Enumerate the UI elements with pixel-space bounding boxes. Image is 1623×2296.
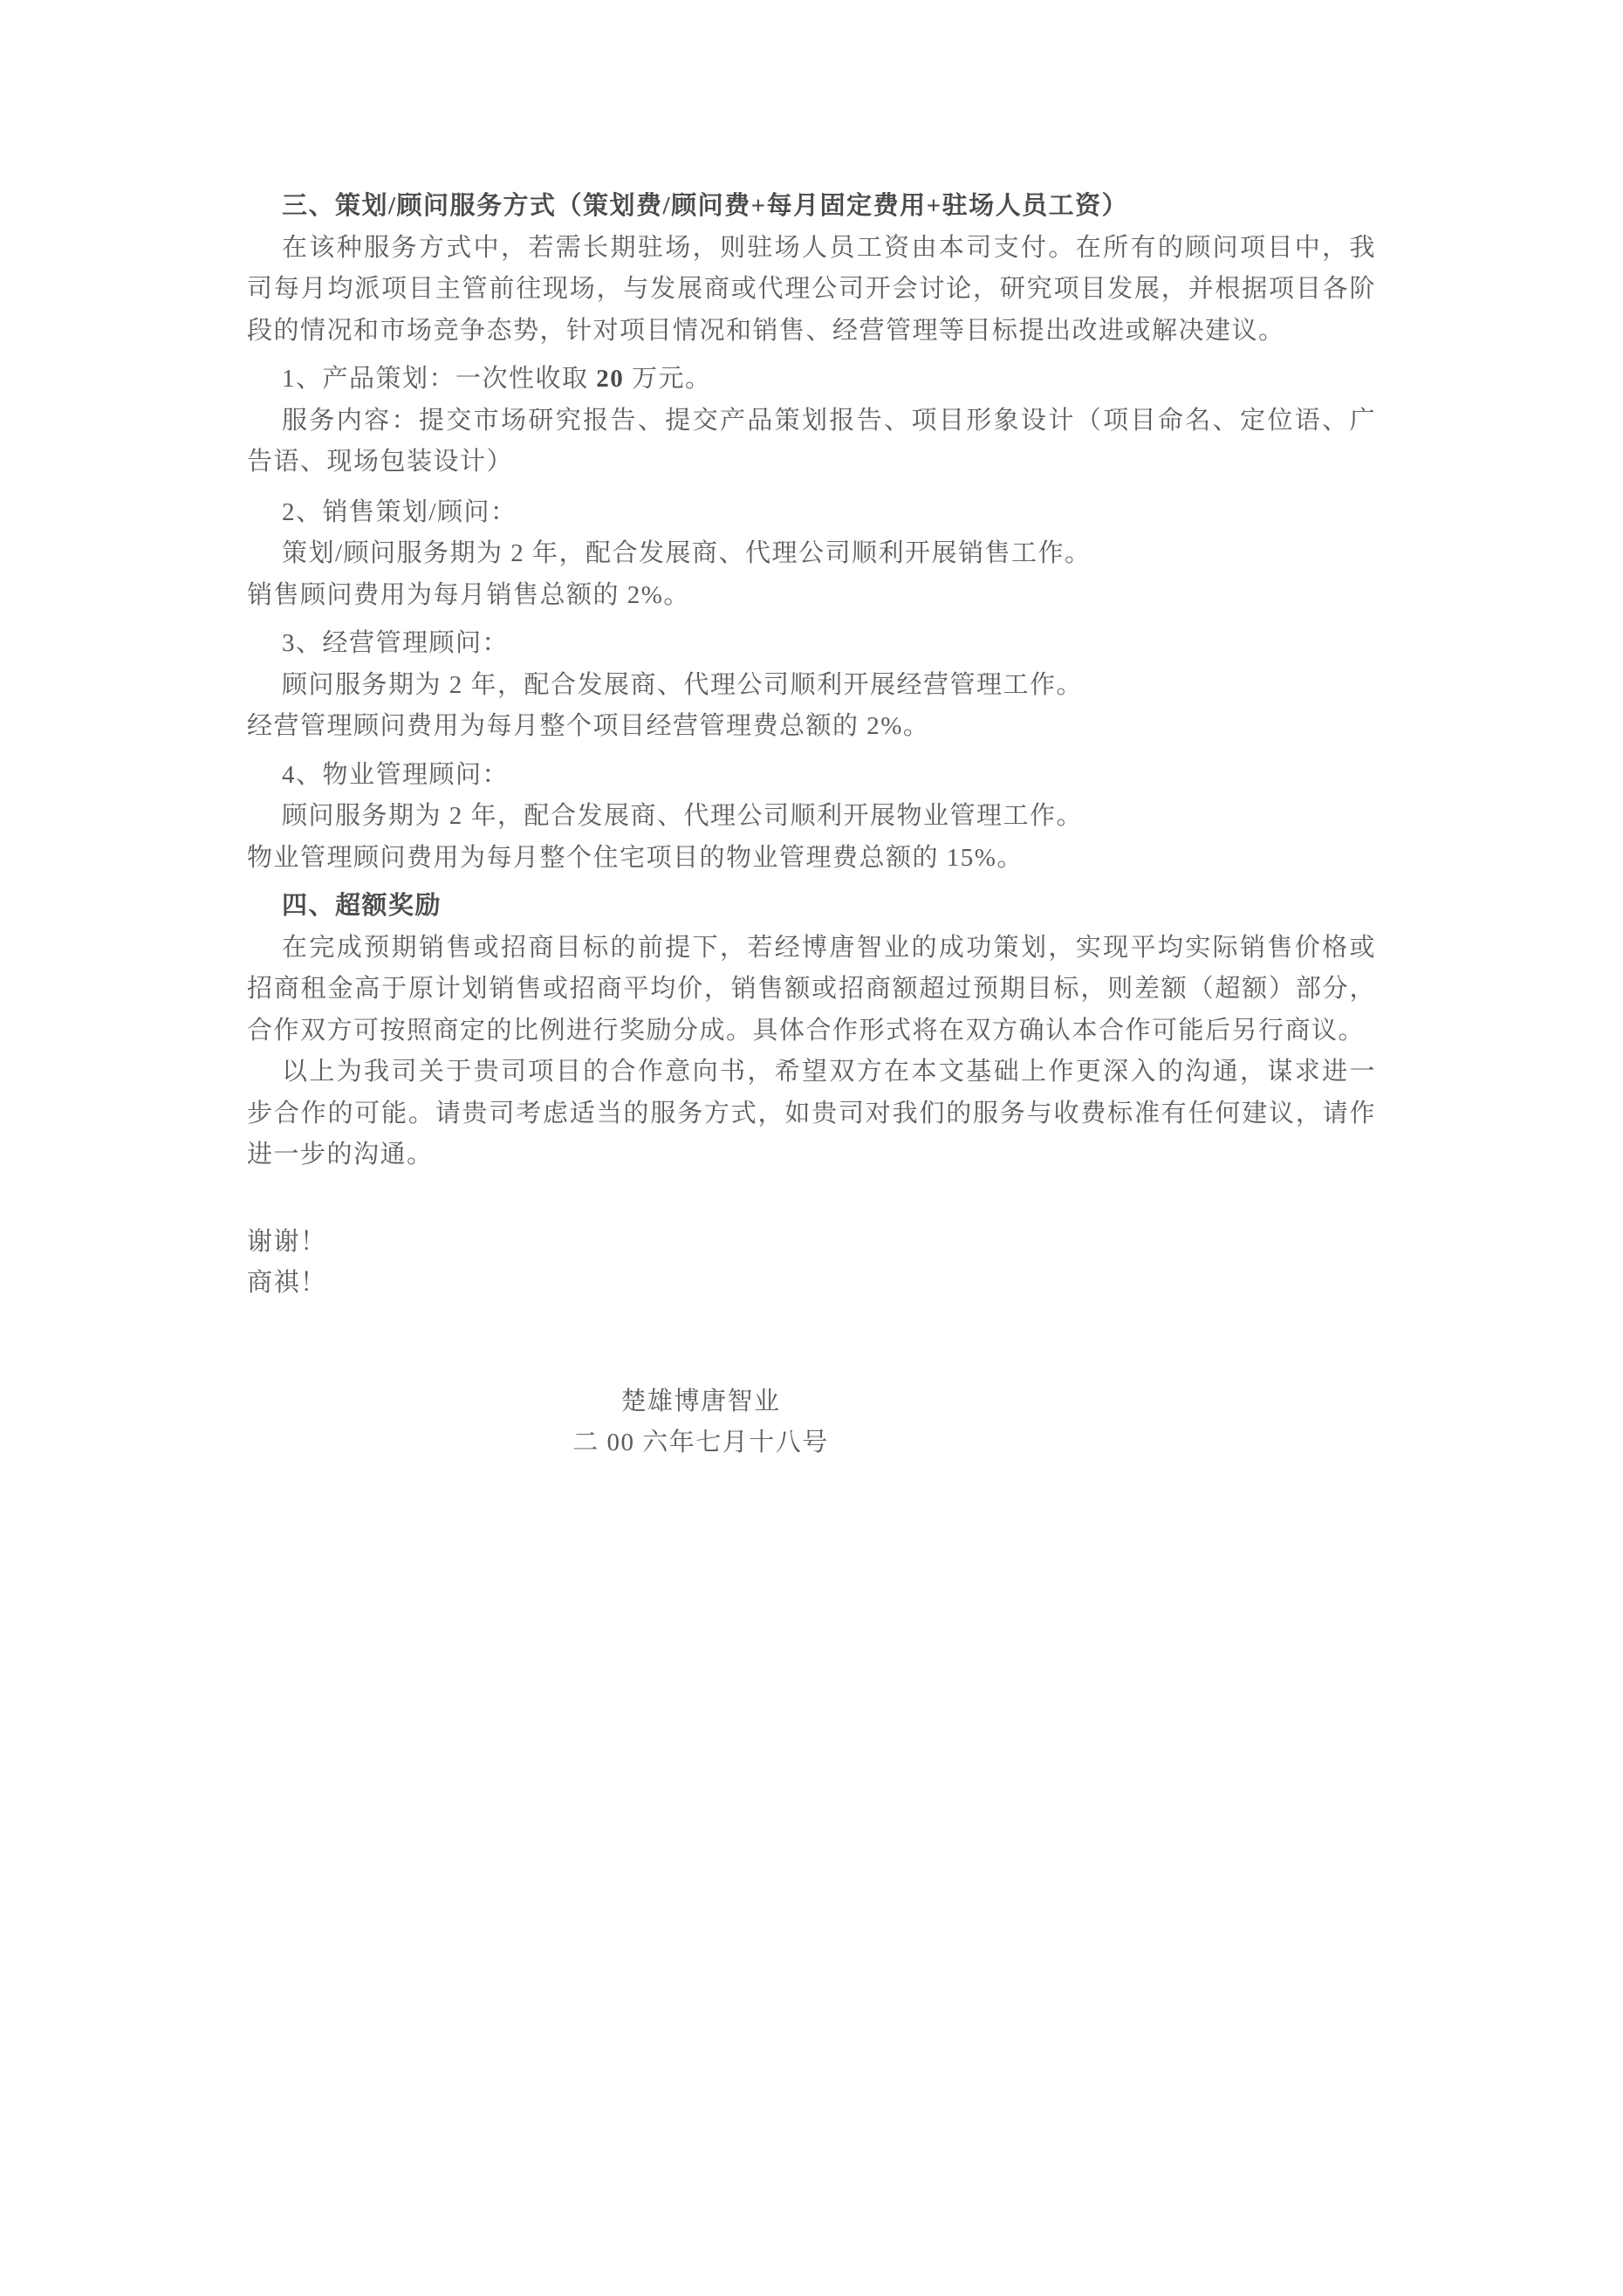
signature-date: 二 00 六年七月十八号 xyxy=(247,1422,1154,1464)
text-run: 楚雄博唐智业 xyxy=(620,1388,780,1415)
item-1-product-planning: 1、产品策划：一次性收取 20 万元。 xyxy=(247,359,1376,401)
text-run: 4、物业管理顾问： xyxy=(282,761,509,789)
para-closing-line-3: 进一步的沟通。 xyxy=(247,1134,1376,1176)
item-3-fee-line: 经营管理顾问费用为每月整个项目经营管理费总额的 2%。 xyxy=(247,706,1376,748)
document-page: 三、策划/顾问服务方式（策划费/顾问费+每月固定费用+驻场人员工资）在该种服务方… xyxy=(0,0,1623,2296)
bold-text-run: 三、策划/顾问服务方式（策划费/顾问费+每月固定费用+驻场人员工资） xyxy=(282,192,1128,220)
signature-company: 楚雄博唐智业 xyxy=(247,1381,1154,1423)
text-run: 招商租金高于原计划销售或招商平均价，销售额或招商额超过预期目标，则差额（超额）部… xyxy=(247,975,1376,1003)
text-run: 策划/顾问服务期为 2 年，配合发展商、代理公司顺利开展销售工作。 xyxy=(282,539,1092,567)
para-bonus-line-3: 合作双方可按照商定的比例进行奖励分成。具体合作形式将在双方确认本合作可能后另行商… xyxy=(247,1011,1376,1052)
para-service-mode-line-1: 在该种服务方式中，若需长期驻场，则驻场人员工资由本司支付。在所有的顾问项目中，我 xyxy=(247,228,1376,270)
bold-text-run: 20 xyxy=(596,365,624,393)
text-run: 万元。 xyxy=(624,365,711,393)
text-run: 顾问服务期为 2 年，配合发展商、代理公司顺利开展物业管理工作。 xyxy=(282,802,1083,830)
text-run: 在完成预期销售或招商目标的前提下，若经博唐智业的成功策划，实现平均实际销售价格或 xyxy=(282,934,1376,962)
text-run: 谢谢！ xyxy=(247,1228,327,1256)
text-run: 经营管理顾问费用为每月整个项目经营管理费总额的 2%。 xyxy=(247,712,929,740)
text-run: 合作双方可按照商定的比例进行奖励分成。具体合作形式将在双方确认本合作可能后另行商… xyxy=(247,1017,1365,1045)
text-run: 1、产品策划：一次性收取 xyxy=(282,365,596,393)
item-2-fee-line: 销售顾问费用为每月销售总额的 2%。 xyxy=(247,575,1376,617)
text-run: 销售顾问费用为每月销售总额的 2%。 xyxy=(247,581,690,609)
para-closing-line-1: 以上为我司关于贵司项目的合作意向书，希望双方在本文基础上作更深入的沟通，谋求进一 xyxy=(247,1052,1376,1093)
item-2-term-line: 策划/顾问服务期为 2 年，配合发展商、代理公司顺利开展销售工作。 xyxy=(247,533,1376,575)
text-run: 告语、现场包装设计） xyxy=(247,448,513,476)
text-run: 顾问服务期为 2 年，配合发展商、代理公司顺利开展经营管理工作。 xyxy=(282,671,1083,699)
text-run: 进一步的沟通。 xyxy=(247,1141,434,1169)
text-run: 在该种服务方式中，若需长期驻场，则驻场人员工资由本司支付。在所有的顾问项目中，我 xyxy=(282,234,1376,262)
item-4-fee-line: 物业管理顾问费用为每月整个住宅项目的物业管理费总额的 15%。 xyxy=(247,838,1376,880)
item-1-scope-line-2: 告语、现场包装设计） xyxy=(247,442,1376,483)
item-3-management-consulting: 3、经营管理顾问： xyxy=(247,623,1376,665)
text-run: 服务内容：提交市场研究报告、提交产品策划报告、项目形象设计（项目命名、定位语、广 xyxy=(282,407,1376,435)
text-run: 以上为我司关于贵司项目的合作意向书，希望双方在本文基础上作更深入的沟通，谋求进一 xyxy=(282,1058,1376,1086)
text-run: 步合作的可能。请贵司考虑适当的服务方式，如贵司对我们的服务与收费标准有任何建议，… xyxy=(247,1100,1376,1127)
para-bonus-line-2: 招商租金高于原计划销售或招商平均价，销售额或招商额超过预期目标，则差额（超额）部… xyxy=(247,969,1376,1011)
text-run: 二 00 六年七月十八号 xyxy=(572,1429,829,1456)
closing-regards: 商祺！ xyxy=(247,1263,1376,1305)
item-4-property-consulting: 4、物业管理顾问： xyxy=(247,755,1376,797)
para-closing-line-2: 步合作的可能。请贵司考虑适当的服务方式，如贵司对我们的服务与收费标准有任何建议，… xyxy=(247,1093,1376,1135)
section-3-heading: 三、策划/顾问服务方式（策划费/顾问费+每月固定费用+驻场人员工资） xyxy=(247,186,1376,228)
item-1-scope-line-1: 服务内容：提交市场研究报告、提交产品策划报告、项目形象设计（项目命名、定位语、广 xyxy=(247,401,1376,442)
text-run: 2、销售策划/顾问： xyxy=(282,498,517,526)
bold-text-run: 四、超额奖励 xyxy=(282,892,442,920)
closing-thanks: 谢谢！ xyxy=(247,1222,1376,1264)
item-3-term-line: 顾问服务期为 2 年，配合发展商、代理公司顺利开展经营管理工作。 xyxy=(247,665,1376,707)
item-4-term-line: 顾问服务期为 2 年，配合发展商、代理公司顺利开展物业管理工作。 xyxy=(247,796,1376,838)
item-2-sales-planning: 2、销售策划/顾问： xyxy=(247,492,1376,534)
para-bonus-line-1: 在完成预期销售或招商目标的前提下，若经博唐智业的成功策划，实现平均实际销售价格或 xyxy=(247,928,1376,970)
para-service-mode-line-2: 司每月均派项目主管前往现场，与发展商或代理公司开会讨论，研究项目发展，并根据项目… xyxy=(247,269,1376,311)
text-run: 段的情况和市场竞争态势，针对项目情况和销售、经营管理等目标提出改进或解决建议。 xyxy=(247,317,1285,345)
text-run: 商祺！ xyxy=(247,1269,327,1297)
text-run: 物业管理顾问费用为每月整个住宅项目的物业管理费总额的 15%。 xyxy=(247,844,1024,872)
section-4-heading: 四、超额奖励 xyxy=(247,886,1376,928)
document-content: 三、策划/顾问服务方式（策划费/顾问费+每月固定费用+驻场人员工资）在该种服务方… xyxy=(0,0,1623,1464)
text-run: 3、经营管理顾问： xyxy=(282,629,509,657)
text-run: 司每月均派项目主管前往现场，与发展商或代理公司开会讨论，研究项目发展，并根据项目… xyxy=(247,275,1376,303)
para-service-mode-line-3: 段的情况和市场竞争态势，针对项目情况和销售、经营管理等目标提出改进或解决建议。 xyxy=(247,311,1376,353)
